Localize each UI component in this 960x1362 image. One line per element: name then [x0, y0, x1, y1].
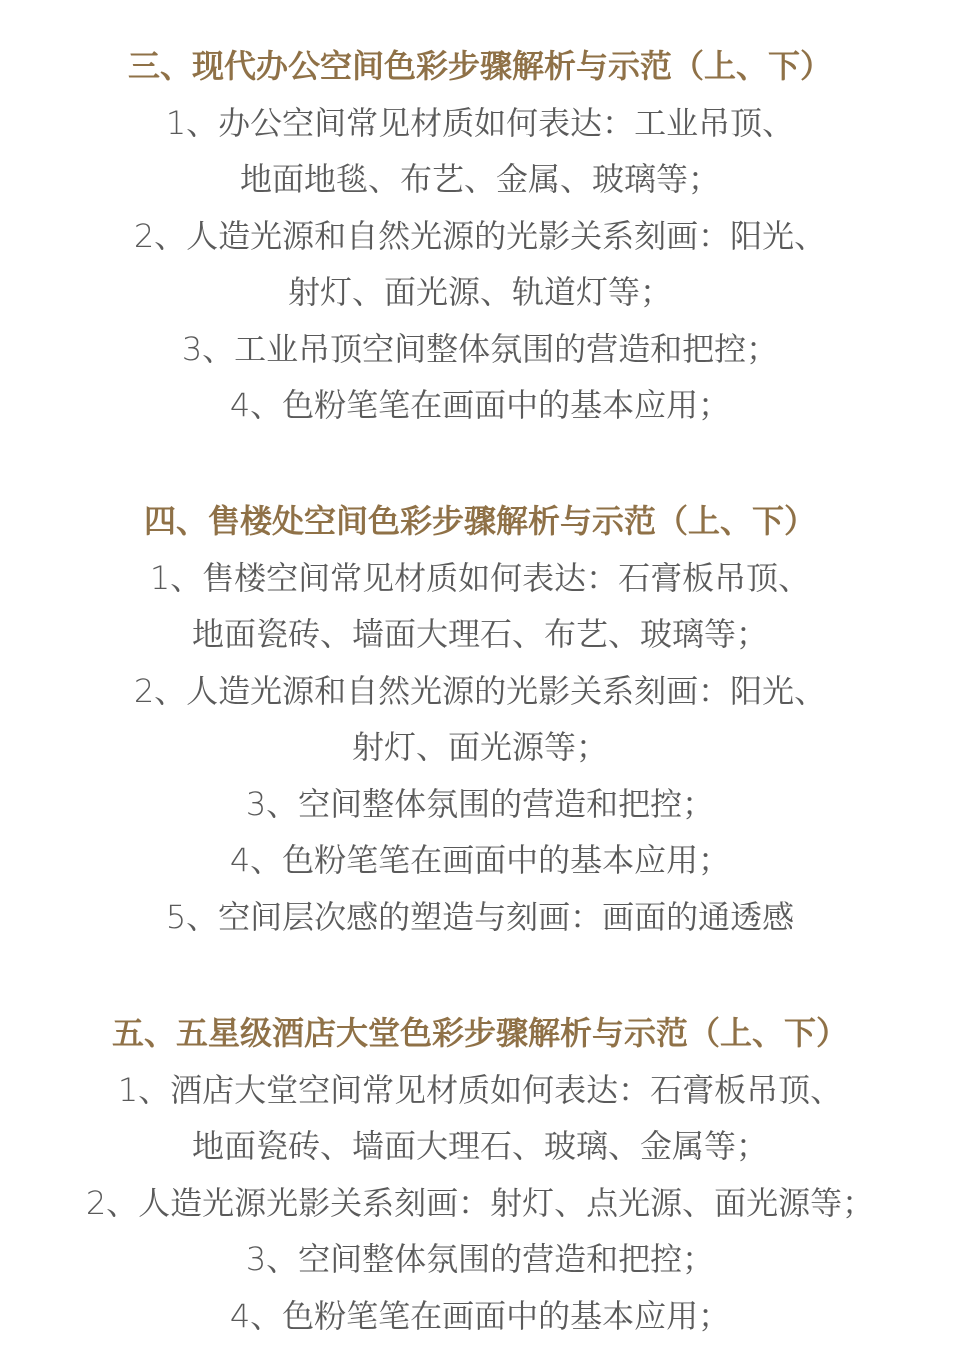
sales-item-3: 3、空间整体氛围的营造和把控；: [0, 782, 960, 826]
hotel-item-3: 3、空间整体氛围的营造和把控；: [0, 1237, 960, 1281]
hotel-item-2: 2、人造光源光影关系刻画：射灯、点光源、面光源等；: [0, 1181, 960, 1225]
office-item-2a: 2、人造光源和自然光源的光影关系刻画：阳光、: [0, 214, 960, 258]
section-heading-office: 三、现代办公空间色彩步骤解析与示范（上、下）: [0, 44, 960, 88]
sales-item-1b: 地面瓷砖、墙面大理石、布艺、玻璃等；: [0, 612, 960, 656]
section-heading-sales-office: 四、售楼处空间色彩步骤解析与示范（上、下）: [0, 499, 960, 543]
hotel-item-1a: 1、酒店大堂空间常见材质如何表达：石膏板吊顶、: [0, 1068, 960, 1112]
sales-item-1a: 1、售楼空间常见材质如何表达：石膏板吊顶、: [0, 556, 960, 600]
sales-item-2b: 射灯、面光源等；: [0, 725, 960, 769]
office-item-1a: 1、办公空间常见材质如何表达：工业吊顶、: [0, 101, 960, 145]
section-heading-hotel-lobby: 五、五星级酒店大堂色彩步骤解析与示范（上、下）: [0, 1011, 960, 1055]
office-item-1b: 地面地毯、布艺、金属、玻璃等；: [0, 157, 960, 201]
sales-item-5: 5、空间层次感的塑造与刻画：画面的通透感: [0, 895, 960, 939]
office-item-4: 4、色粉笔笔在画面中的基本应用；: [0, 383, 960, 427]
hotel-item-1b: 地面瓷砖、墙面大理石、玻璃、金属等；: [0, 1124, 960, 1168]
sales-item-2a: 2、人造光源和自然光源的光影关系刻画：阳光、: [0, 669, 960, 713]
hotel-item-4: 4、色粉笔笔在画面中的基本应用；: [0, 1294, 960, 1338]
office-item-3: 3、工业吊顶空间整体氛围的营造和把控；: [0, 327, 960, 371]
sales-item-4: 4、色粉笔笔在画面中的基本应用；: [0, 838, 960, 882]
office-item-2b: 射灯、面光源、轨道灯等；: [0, 270, 960, 314]
